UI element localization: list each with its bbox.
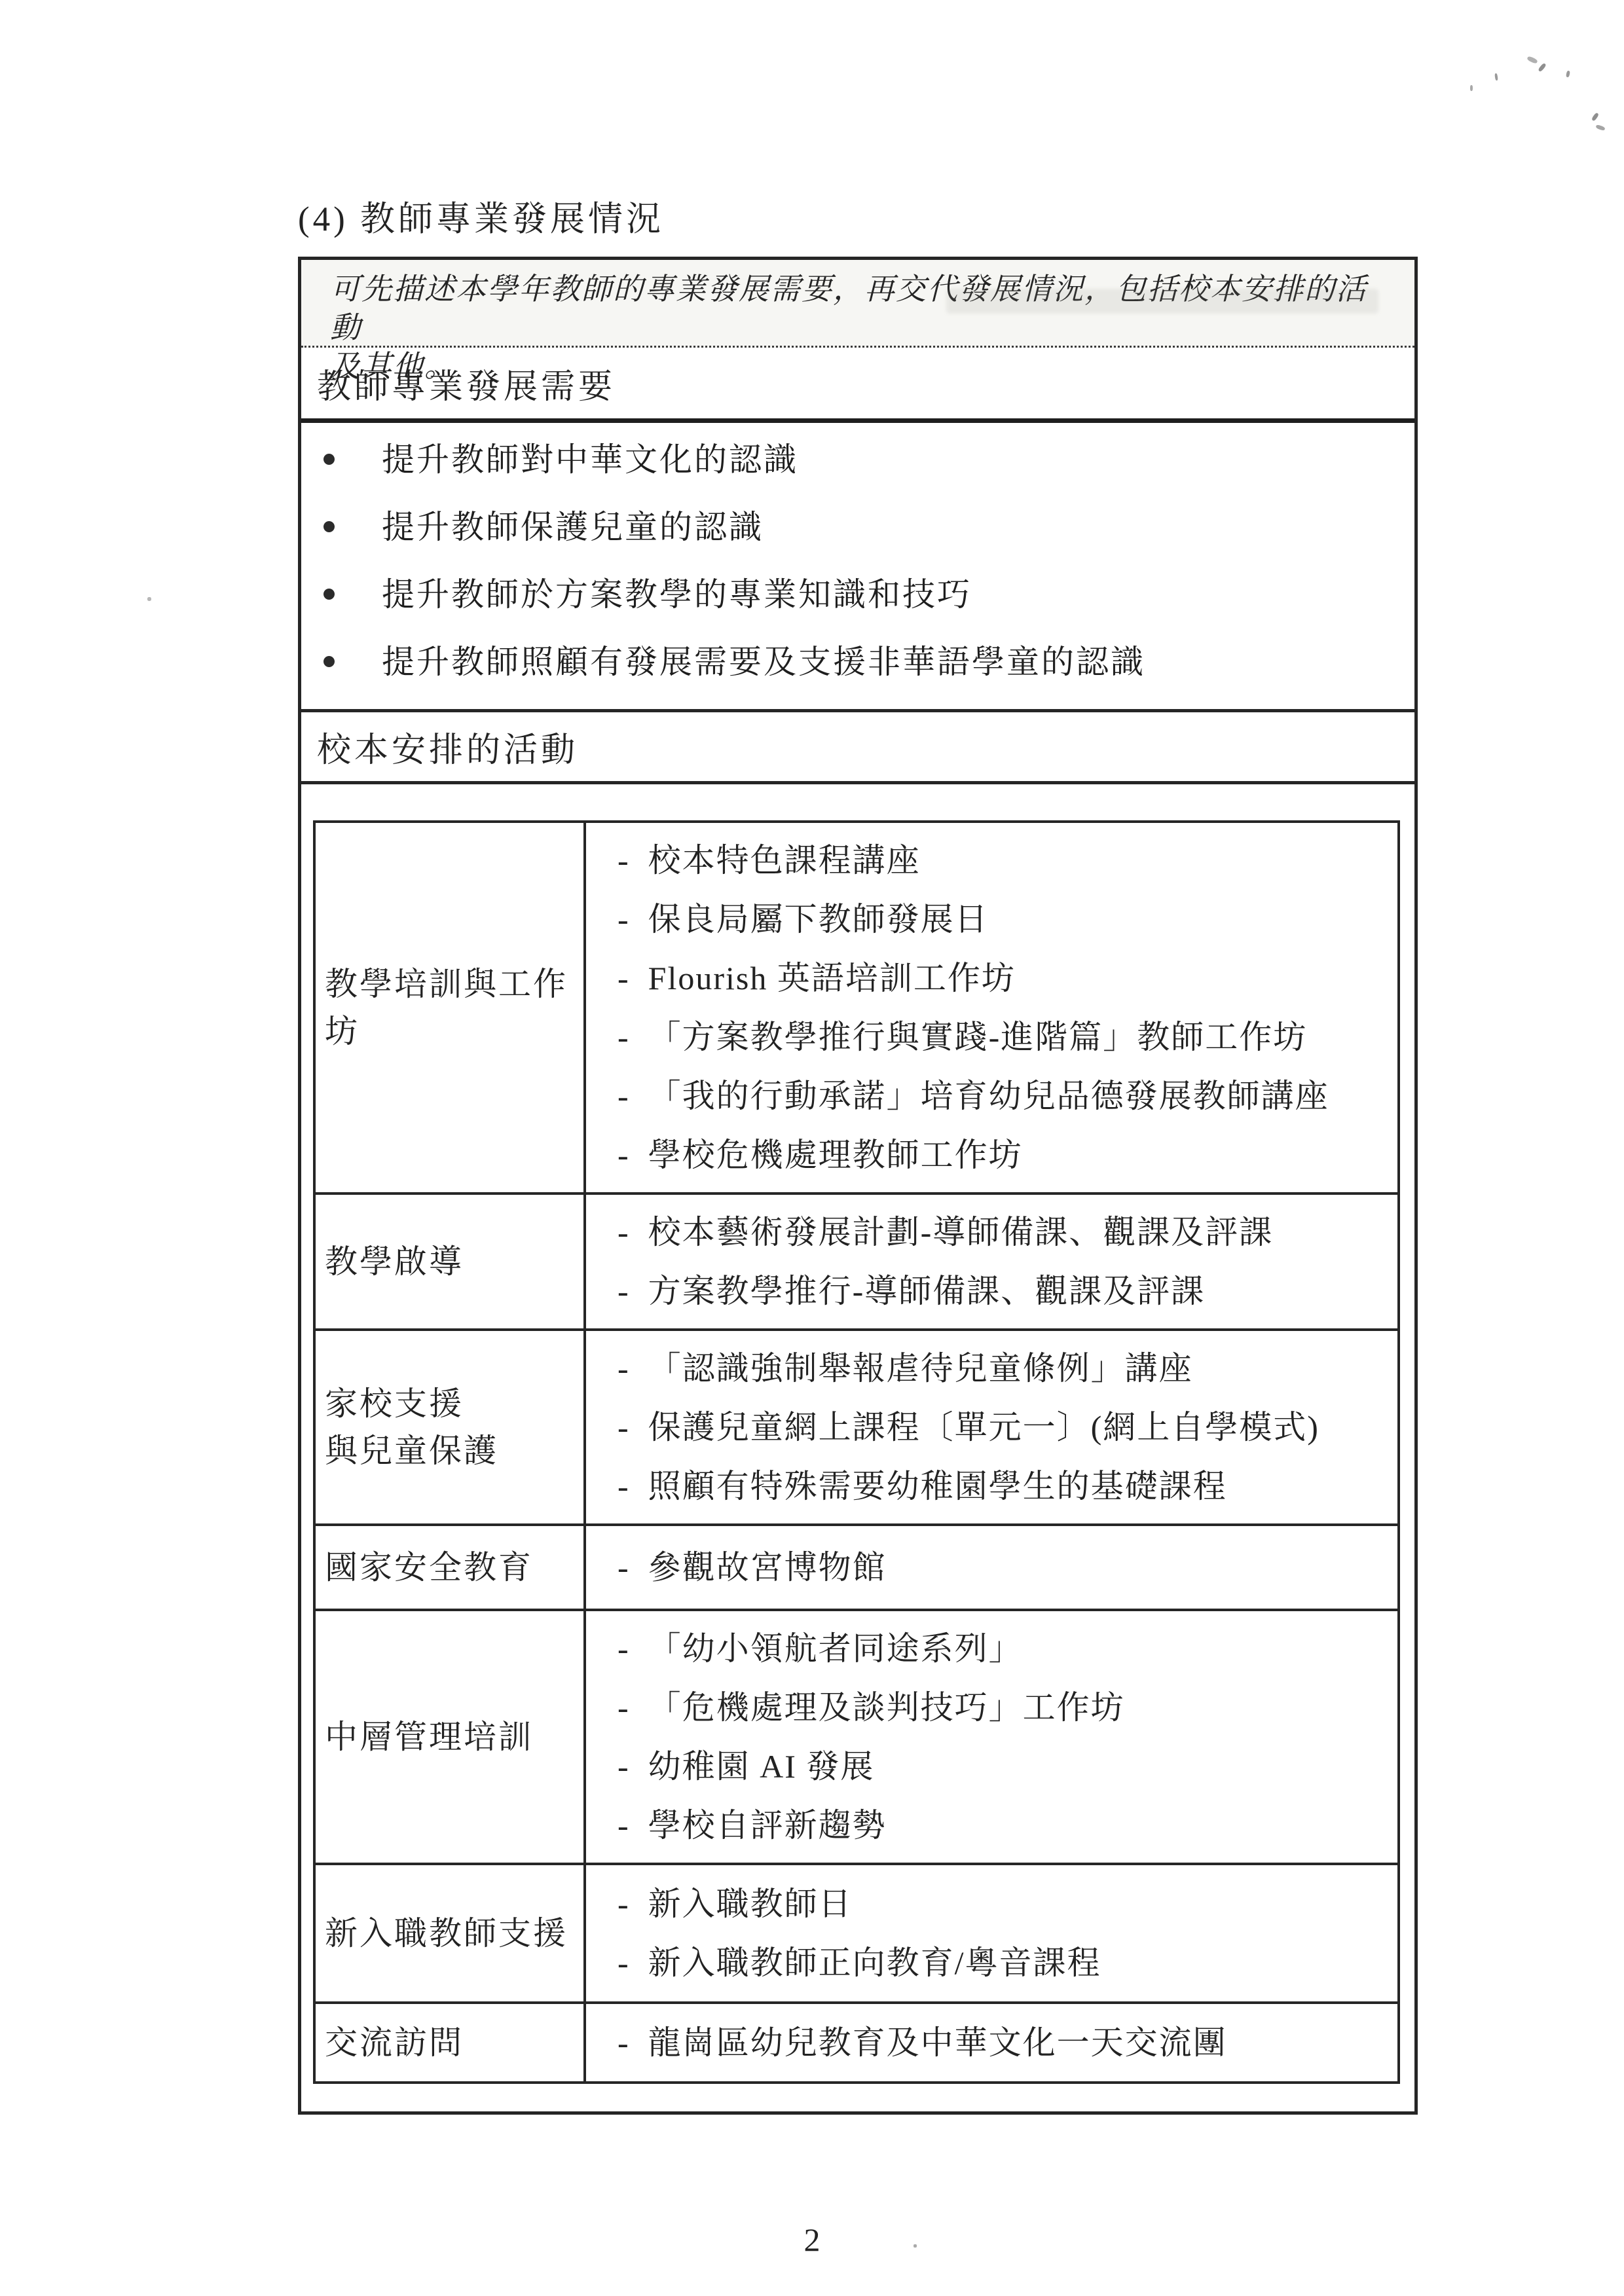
bullet-dot-icon	[323, 521, 335, 532]
dash-marker: -	[618, 1136, 629, 1174]
need-text: 提升教師保護兒童的認識	[382, 507, 764, 547]
scan-speck	[1591, 112, 1599, 121]
need-text: 提升教師於方案教學的專業知識和技巧	[382, 574, 972, 615]
items-cell: -「幼小領航者同途系列」 -「危機處理及談判技巧」工作坊 -幼稚園 AI 發展 …	[585, 1610, 1399, 1864]
list-item: -保護兒童網上課程〔單元一〕(網上自學模式)	[586, 1398, 1388, 1457]
activities-table-area: 教學培訓與工作 坊 -校本特色課程講座 -保良局屬下教師發展日 -Flouris…	[301, 784, 1414, 2084]
items-cell: -龍崗區幼兒教育及中華文化一天交流團	[585, 2003, 1399, 2083]
dash-marker: -	[618, 1018, 629, 1056]
table-row: 交流訪問 -龍崗區幼兒教育及中華文化一天交流團	[314, 2003, 1399, 2083]
scan-speck	[1538, 63, 1547, 73]
bullet-dot-icon	[323, 656, 335, 667]
needs-heading: 教師專業發展需要	[301, 348, 1414, 423]
dash-marker: -	[618, 1349, 629, 1387]
scan-speck	[1566, 71, 1570, 78]
list-item: -Flourish 英語培訓工作坊	[586, 949, 1388, 1008]
page-title: (4) 教師專業發展情況	[298, 191, 664, 241]
list-item: -幼稚園 AI 發展	[586, 1737, 1388, 1796]
table-row: 家校支援 與兒童保護 -「認識強制舉報虐待兒童條例」講座 -保護兒童網上課程〔單…	[314, 1330, 1399, 1525]
dash-marker: -	[618, 1630, 629, 1667]
scan-speck	[1470, 85, 1473, 91]
dash-marker: -	[618, 1408, 629, 1446]
category-cell: 教學啟導	[314, 1194, 585, 1330]
list-item: -學校自評新趨勢	[586, 1796, 1388, 1855]
dash-marker: -	[618, 1944, 629, 1982]
dash-marker: -	[618, 1747, 629, 1785]
document-page: (4) 教師專業發展情況 可先描述本學年教師的專業發展需要，再交代發展情況，包括…	[0, 0, 1624, 2296]
table-row: 國家安全教育 -參觀故宮博物館	[314, 1525, 1399, 1610]
category-cell: 新入職教師支援	[314, 1864, 585, 2003]
dash-marker: -	[618, 1467, 629, 1505]
dash-marker: -	[618, 1213, 629, 1251]
list-item: -新入職教師日	[586, 1874, 1388, 1933]
dash-marker: -	[618, 1077, 629, 1115]
list-item: -學校危機處理教師工作坊	[586, 1125, 1388, 1184]
scan-speck	[913, 2244, 917, 2248]
list-item: 提升教師照顧有發展需要及支援非華語學童的認識	[301, 642, 1414, 709]
table-row: 中層管理培訓 -「幼小領航者同途系列」 -「危機處理及談判技巧」工作坊 -幼稚園…	[314, 1610, 1399, 1864]
dash-marker: -	[618, 841, 629, 879]
scan-speck	[147, 597, 151, 601]
list-item: 提升教師於方案教學的專業知識和技巧	[301, 574, 1414, 642]
scan-speck	[1595, 124, 1605, 131]
list-item: -校本藝術發展計劃-導師備課、觀課及評課	[586, 1203, 1388, 1262]
list-item: -「我的行動承諾」培育幼兒品德發展教師講座	[586, 1066, 1388, 1125]
category-cell: 交流訪問	[314, 2003, 585, 2083]
table-row: 教學培訓與工作 坊 -校本特色課程講座 -保良局屬下教師發展日 -Flouris…	[314, 822, 1399, 1194]
teacher-development-section-box: 可先描述本學年教師的專業發展需要，再交代發展情況，包括校本安排的活動 及其他。 …	[298, 257, 1418, 2115]
table-row: 教學啟導 -校本藝術發展計劃-導師備課、觀課及評課 -方案教學推行-導師備課、觀…	[314, 1194, 1399, 1330]
list-item: -方案教學推行-導師備課、觀課及評課	[586, 1262, 1388, 1321]
dash-marker: -	[618, 1548, 629, 1586]
list-item: -參觀故宮博物館	[586, 1538, 1388, 1597]
need-text: 提升教師對中華文化的認識	[382, 439, 798, 480]
dash-marker: -	[618, 2024, 629, 2062]
list-item: -「危機處理及談判技巧」工作坊	[586, 1678, 1388, 1737]
category-cell: 教學培訓與工作 坊	[314, 822, 585, 1194]
items-cell: -校本特色課程講座 -保良局屬下教師發展日 -Flourish 英語培訓工作坊 …	[585, 822, 1399, 1194]
category-cell: 中層管理培訓	[314, 1610, 585, 1864]
page-number: 2	[0, 2221, 1624, 2259]
items-cell: -參觀故宮博物館	[585, 1525, 1399, 1610]
items-cell: -新入職教師日 -新入職教師正向教育/粵音課程	[585, 1864, 1399, 2003]
dash-marker: -	[618, 1806, 629, 1844]
dash-marker: -	[618, 1688, 629, 1726]
category-cell: 國家安全教育	[314, 1525, 585, 1610]
hint-note: 可先描述本學年教師的專業發展需要，再交代發展情況，包括校本安排的活動 及其他。	[301, 260, 1414, 348]
scan-bleedthrough	[946, 289, 1378, 314]
list-item: -新入職教師正向教育/粵音課程	[586, 1933, 1388, 1992]
bullet-dot-icon	[323, 589, 335, 600]
dash-marker: -	[618, 959, 629, 997]
needs-list: 提升教師對中華文化的認識 提升教師保護兒童的認識 提升教師於方案教學的專業知識和…	[301, 423, 1414, 709]
category-cell: 家校支援 與兒童保護	[314, 1330, 585, 1525]
need-text: 提升教師照顧有發展需要及支援非華語學童的認識	[382, 642, 1145, 682]
dash-marker: -	[618, 1885, 629, 1923]
table-row: 新入職教師支援 -新入職教師日 -新入職教師正向教育/粵音課程	[314, 1864, 1399, 2003]
list-item: 提升教師保護兒童的認識	[301, 507, 1414, 574]
list-item: -校本特色課程講座	[586, 831, 1388, 890]
activities-table: 教學培訓與工作 坊 -校本特色課程講座 -保良局屬下教師發展日 -Flouris…	[313, 820, 1400, 2084]
activities-heading: 校本安排的活動	[301, 709, 1414, 784]
list-item: -龍崗區幼兒教育及中華文化一天交流團	[586, 2013, 1388, 2072]
list-item: -「幼小領航者同途系列」	[586, 1619, 1388, 1678]
list-item: 提升教師對中華文化的認識	[301, 439, 1414, 507]
scan-speck	[1526, 56, 1538, 64]
dash-marker: -	[618, 1272, 629, 1310]
scan-speck	[1494, 73, 1498, 81]
list-item: -「認識強制舉報虐待兒童條例」講座	[586, 1339, 1388, 1398]
bullet-dot-icon	[323, 454, 335, 465]
list-item: -照顧有特殊需要幼稚園學生的基礎課程	[586, 1457, 1388, 1516]
items-cell: -「認識強制舉報虐待兒童條例」講座 -保護兒童網上課程〔單元一〕(網上自學模式)…	[585, 1330, 1399, 1525]
list-item: -保良局屬下教師發展日	[586, 890, 1388, 949]
items-cell: -校本藝術發展計劃-導師備課、觀課及評課 -方案教學推行-導師備課、觀課及評課	[585, 1194, 1399, 1330]
dash-marker: -	[618, 900, 629, 938]
list-item: -「方案教學推行與實踐-進階篇」教師工作坊	[586, 1008, 1388, 1066]
